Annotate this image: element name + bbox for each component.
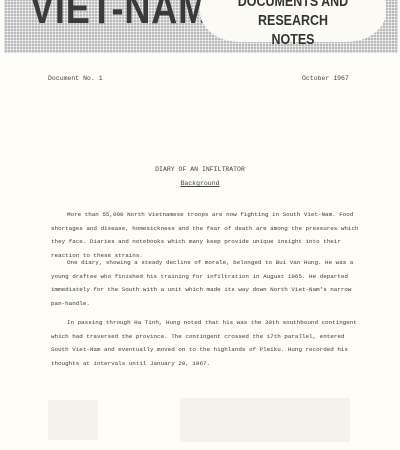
section-heading: Background xyxy=(0,180,400,187)
masthead: VIET-NAM DOCUMENTS AND RESEARCH NOTES xyxy=(4,0,398,53)
masthead-series-title: DOCUMENTS AND RESEARCH NOTES xyxy=(213,0,373,50)
bleed-through-mark xyxy=(48,400,98,440)
masthead-brand: VIET-NAM xyxy=(30,0,209,34)
series-title-line2: NOTES xyxy=(213,31,373,50)
document-date: October 1967 xyxy=(302,75,349,82)
paragraph: More than 55,000 North Vietnamese troops… xyxy=(51,208,361,262)
paragraph: In passing through Ha Tinh, Hung noted t… xyxy=(51,316,361,370)
series-title-line1: DOCUMENTS AND RESEARCH xyxy=(213,0,373,31)
document-title: DIARY OF AN INFILTRATOR xyxy=(0,166,400,173)
section-heading-text: Background xyxy=(180,180,219,187)
paragraph: One diary, showing a steady decline of m… xyxy=(51,256,361,310)
bleed-through-mark xyxy=(180,398,350,442)
document-number: Document No. 1 xyxy=(48,75,103,82)
